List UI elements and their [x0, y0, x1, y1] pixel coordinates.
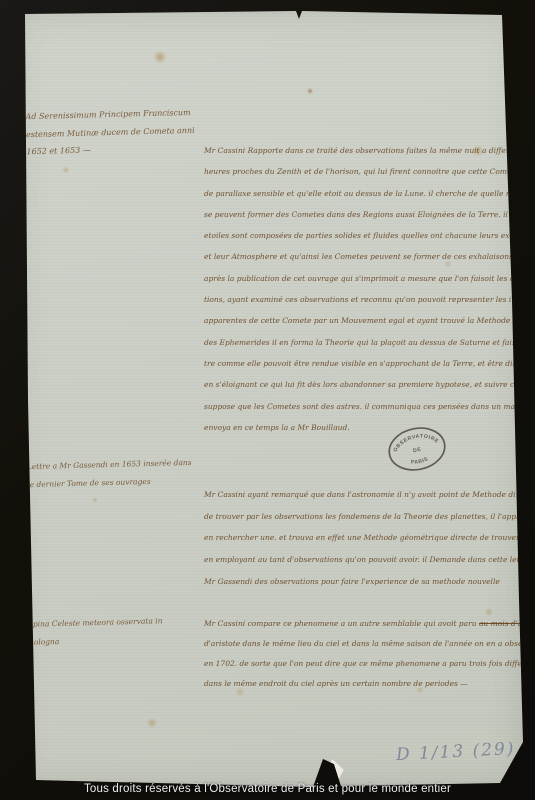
manuscript-line: Mr Gassendi des observations pour faire …: [204, 571, 535, 593]
margin-note-line: Spina Celeste meteora osservata in: [28, 612, 163, 634]
manuscript-line: en 1702. de sorte que l'on peut dire que…: [204, 654, 535, 674]
body-paragraph-2: Mr Cassini ayant remarqué que dans l'ast…: [204, 484, 535, 593]
paper-tear-flap: [321, 758, 346, 786]
manuscript-line: suppose que les Cometes sont des astres.…: [204, 396, 535, 417]
stamp-text-middle: DE: [413, 447, 422, 455]
manuscript-line: tions, ayant examiné ces observations et…: [204, 289, 535, 310]
manuscript-line: Mr Cassini compare ce phenomene a un aut…: [204, 614, 535, 634]
manuscript-line: Mr Cassini ayant remarqué que dans l'ast…: [204, 484, 535, 506]
manuscript-line: d'aristote dans le même lieu du ciel et …: [204, 634, 535, 654]
manuscript-paper: Ad Serenissimum Principem Franciscum est…: [0, 0, 535, 800]
margin-note-line: le dernier Tome de ses ouvrages: [27, 471, 192, 493]
manuscript-line: de parallaxe sensible et qu'elle etoit a…: [204, 183, 535, 204]
body-paragraph-1: Mr Cassini Rapporte dans ce traité des o…: [204, 140, 535, 438]
manuscript-line: apparentes de cette Comete par un Mouvem…: [204, 310, 535, 331]
manuscript-line: en rechercher une. et trouva en effet un…: [204, 527, 535, 549]
manuscript-line: des Ephemerides il en forma la Theorie q…: [204, 332, 535, 353]
manuscript-line: tre comme elle pouvoit être rendue visib…: [204, 353, 535, 374]
manuscript-line: en employant au tant d'observations qu'o…: [204, 549, 535, 571]
svg-text:PARIS: PARIS: [409, 456, 429, 467]
margin-heading-line: 1652 et 1653 —: [26, 139, 195, 161]
line-segment: Mr Cassini compare ce phenomene a un aut…: [204, 619, 479, 628]
margin-note-heading: Ad Serenissimum Principem Franciscum est…: [25, 104, 195, 161]
manuscript-line: de trouver par les observations les fond…: [204, 506, 535, 528]
body-paragraph-3: Mr Cassini compare ce phenomene a un aut…: [204, 614, 535, 694]
manuscript-line: heures proches du Zenith et de l'horison…: [204, 161, 535, 182]
margin-note-line: Bologna: [28, 630, 163, 652]
manuscript-line: après la publication de cet ouvrage qui …: [204, 268, 535, 289]
margin-note-spina: Spina Celeste meteora osservata in Bolog…: [28, 612, 164, 652]
manuscript-photo: Ad Serenissimum Principem Franciscum est…: [0, 0, 535, 800]
manuscript-line: et leur Atmosphere et qu'ainsi les Comet…: [204, 246, 535, 267]
stamp-text-bottom: PARIS: [409, 456, 429, 467]
struck-text: au mois d'avril: [479, 619, 535, 628]
manuscript-line: en s'éloignant ce qui lui fit dès lors a…: [204, 374, 535, 395]
manuscript-line: Mr Cassini Rapporte dans ce traité des o…: [204, 140, 535, 161]
manuscript-line: envoya en ce temps la a Mr Bouillaud.: [204, 417, 535, 438]
manuscript-line: dans le même endroit du ciel après un ce…: [204, 674, 535, 694]
copyright-banner: Tous droits réservés à l'Observatoire de…: [0, 783, 535, 795]
shelfmark-pencil: D 1/13 (29): [396, 739, 516, 765]
margin-note-gassendi: Lettre a Mr Gassendi en 1653 inserée dan…: [27, 454, 193, 493]
manuscript-line: se peuvent former des Cometes dans des R…: [204, 204, 535, 225]
manuscript-line: etoiles sont composées de parties solide…: [204, 225, 535, 246]
